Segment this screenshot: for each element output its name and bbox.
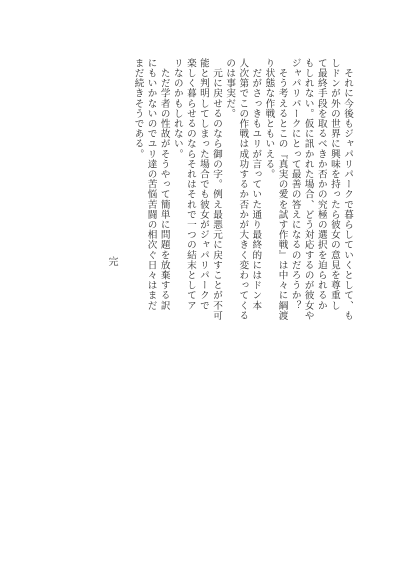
text-column: そう考えるとこの『真実の愛を試す作戦』は中々に綱渡 xyxy=(275,58,288,276)
text-column: しドンが外の世界に興味を持ったら彼女の意見を尊重し xyxy=(328,58,341,276)
text-column: 元に戻せるのなら御の字。例え最悪元に戻すことが不可 xyxy=(210,58,223,276)
text-column: ジャパリパークにとって最善の答えになるのだろうか？ xyxy=(289,58,302,276)
text-column: それに今後もジャパリパークで暮らしていくとして、も xyxy=(341,58,354,276)
text-column: だがさっきもユリが言っていた通り最終的にはドン本 xyxy=(249,58,262,276)
text-column: のは事実だ。 xyxy=(223,58,236,276)
text-column: ただ学者の性故がそうやって簡単に問題を放棄する訳 xyxy=(158,58,171,276)
text-column: リなのかもしれない。 xyxy=(171,58,184,276)
vertical-text-body: それに今後もジャパリパークで暮らしていくとして、も しドンが外の世界に興味を持っ… xyxy=(131,58,354,276)
text-column: もしれない。仮に訊かれた場合、どう対応するのが彼女や xyxy=(302,58,315,276)
end-mark: 完 xyxy=(104,256,119,266)
text-column: り状態な作戦ともいえる。 xyxy=(262,58,275,276)
text-column: 人次第でこの作戦は成功するか否かが大きく変わってくる xyxy=(236,58,249,276)
book-page: それに今後もジャパリパークで暮らしていくとして、も しドンが外の世界に興味を持っ… xyxy=(0,0,400,568)
text-column: まだ続きそうである。 xyxy=(131,58,144,276)
text-column: にもいかないのでユリ達の苦悩苦闘の相次ぐ日々はまだ xyxy=(145,58,158,276)
text-column: 能と判明してしまった場合でも彼女がジャパリパークで xyxy=(197,58,210,276)
text-column: て最終手段を取るべきか否かの究極の選択を迫られるか xyxy=(315,58,328,276)
text-column: 楽しく暮らせるのならそれはそれで一つの結末としてア xyxy=(184,58,197,276)
